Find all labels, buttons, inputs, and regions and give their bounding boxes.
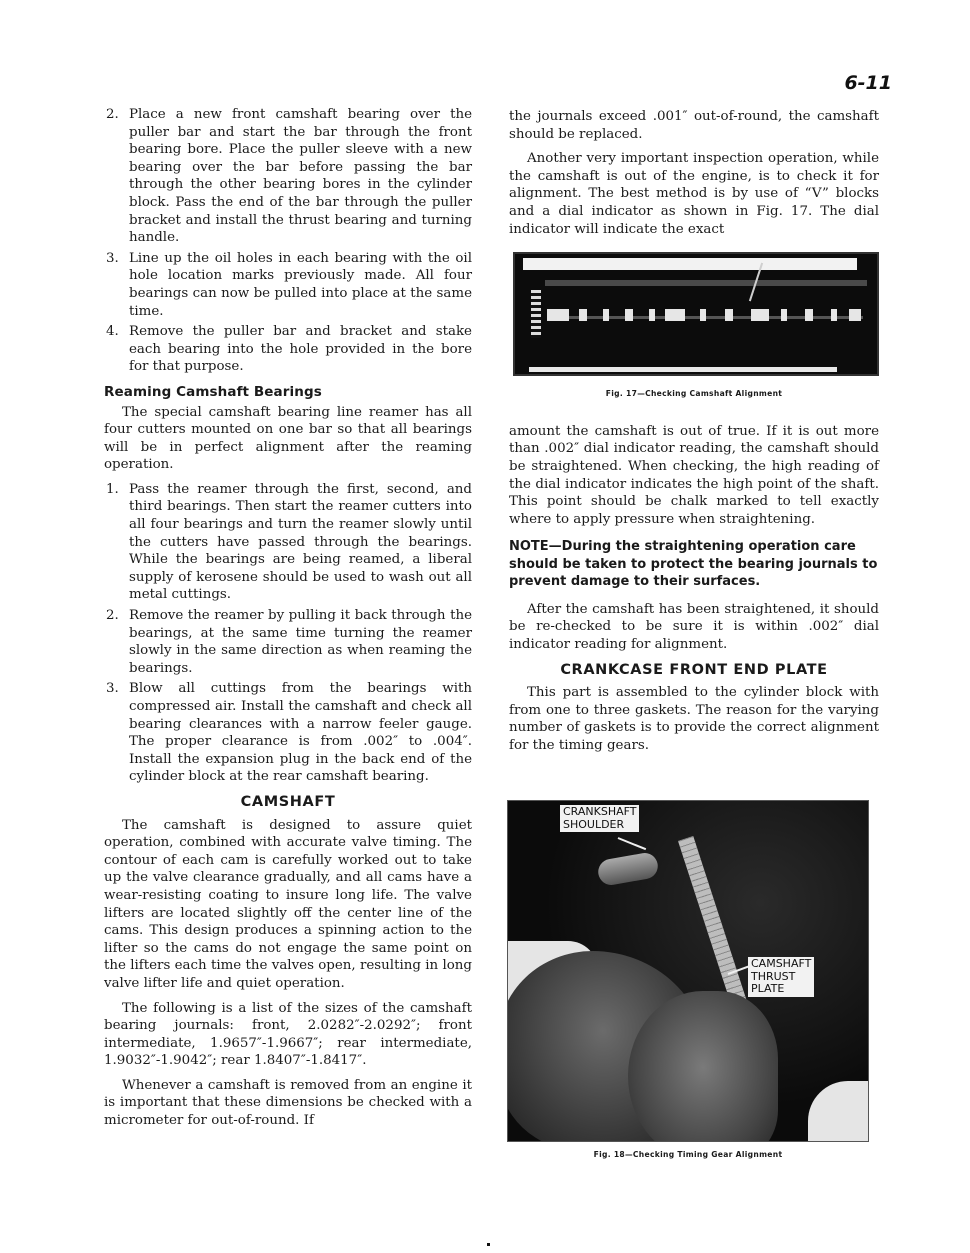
bearing-install-steps: 2. Place a new front camshaft bearing ov…: [104, 106, 472, 376]
reaming-steps: 1. Pass the reamer through the first, se…: [104, 481, 472, 786]
camshaft-alignment-photo: [513, 252, 879, 376]
list-item: 4. Remove the puller bar and bracket and…: [104, 323, 472, 376]
list-item: 3. Blow all cuttings from the bearings w…: [104, 680, 472, 786]
inspection-paragraph: Another very important inspection operat…: [509, 150, 879, 238]
photo-detail: [529, 367, 837, 372]
note-paragraph: NOTE—During the straightening operation …: [509, 538, 879, 591]
gear-shape: [531, 290, 541, 338]
step-number: 3.: [106, 680, 119, 698]
label-line: PLATE: [751, 983, 811, 996]
journal-shape: [547, 309, 569, 321]
label-line: CAMSHAFT: [751, 958, 811, 971]
step-text: Place a new front camshaft bearing over …: [129, 107, 472, 245]
journal-shape: [579, 309, 587, 321]
figure-18-caption: Fig. 18—Checking Timing Gear Alignment: [507, 1150, 869, 1159]
photo-detail: [545, 280, 867, 286]
crankcase-paragraph: This part is assembled to the cylinder b…: [509, 684, 879, 754]
journal-shape: [700, 309, 706, 321]
scan-speck: [487, 1243, 490, 1246]
step-number: 4.: [106, 323, 119, 341]
step-text: Blow all cuttings from the bearings with…: [129, 681, 472, 784]
list-item: 2. Place a new front camshaft bearing ov…: [104, 106, 472, 247]
reaming-heading: Reaming Camshaft Bearings: [104, 384, 472, 402]
journal-shape: [665, 309, 685, 321]
camshaft-thrust-plate-label: CAMSHAFT THRUST PLATE: [748, 957, 814, 997]
journal-shape: [625, 309, 633, 321]
list-item: 2. Remove the reamer by pulling it back …: [104, 607, 472, 677]
step-number: 2.: [106, 106, 119, 124]
journal-shape: [725, 309, 733, 321]
list-item: 1. Pass the reamer through the first, se…: [104, 481, 472, 604]
left-column: 2. Place a new front camshaft bearing ov…: [104, 106, 472, 1137]
right-column: the journals exceed .001″ out-of-round, …: [509, 108, 879, 762]
figure-17: Fig. 17—Checking Camshaft Alignment: [509, 252, 879, 403]
photo-detail: [808, 1081, 868, 1141]
recheck-paragraph: After the camshaft has been straightened…: [509, 601, 879, 654]
journal-sizes-paragraph: The following is a list of the sizes of …: [104, 1000, 472, 1070]
camshaft-paragraph: The camshaft is designed to assure quiet…: [104, 817, 472, 993]
hand-shape: [628, 991, 778, 1142]
step-text: Line up the oil holes in each bearing wi…: [129, 251, 472, 319]
reaming-intro: The special camshaft bearing line reamer…: [104, 404, 472, 474]
journal-shape: [831, 309, 837, 321]
photo-detail: [523, 258, 857, 270]
label-line: CRANKSHAFT: [563, 806, 636, 819]
step-number: 2.: [106, 607, 119, 625]
removal-paragraph: Whenever a camshaft is removed from an e…: [104, 1077, 472, 1130]
camshaft-heading: CAMSHAFT: [104, 794, 472, 812]
journal-shape: [781, 309, 787, 321]
timing-gear-alignment-photo: CRANKSHAFT SHOULDER CAMSHAFT THRUST PLAT…: [507, 800, 869, 1142]
page-number: 6-11: [844, 72, 892, 94]
crankshaft-shoulder-label: CRANKSHAFT SHOULDER: [560, 805, 639, 832]
crankcase-heading: CRANKCASE FRONT END PLATE: [509, 662, 879, 680]
crankshaft-shape: [596, 851, 660, 887]
label-line: SHOULDER: [563, 819, 636, 832]
step-number: 3.: [106, 250, 119, 268]
step-number: 1.: [106, 481, 119, 499]
step-text: Pass the reamer through the first, secon…: [129, 482, 472, 603]
journal-shape: [849, 309, 861, 321]
continued-paragraph: the journals exceed .001″ out-of-round, …: [509, 108, 879, 143]
journal-shape: [649, 309, 655, 321]
out-of-true-paragraph: amount the camshaft is out of true. If i…: [509, 423, 879, 529]
arrow-icon: [618, 837, 647, 850]
figure-17-caption: Fig. 17—Checking Camshaft Alignment: [509, 385, 879, 403]
step-text: Remove the puller bar and bracket and st…: [129, 324, 472, 374]
journal-shape: [603, 309, 609, 321]
step-text: Remove the reamer by pulling it back thr…: [129, 608, 472, 676]
list-item: 3. Line up the oil holes in each bearing…: [104, 250, 472, 320]
journal-shape: [751, 309, 769, 321]
journal-shape: [805, 309, 813, 321]
